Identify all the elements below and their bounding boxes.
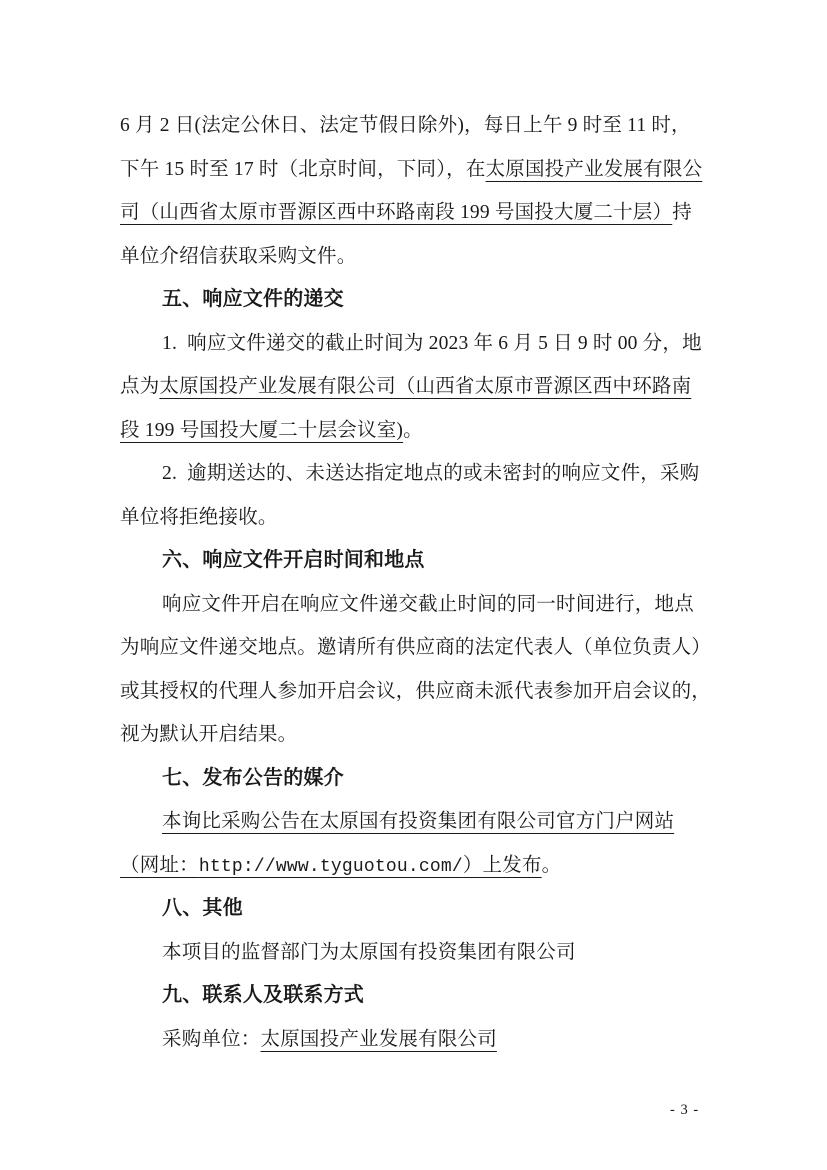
text-run: 为响应文件递交地点。邀请所有供应商的法定代表人（单位负责人） [120,637,711,658]
doc-line: 视为默认开启结果。 [120,713,716,757]
heading-text: 九、联系人及联系方式 [162,984,364,1006]
underlined-company-name: 太原国投产业发展有限公司 [261,1029,497,1050]
text-run: 下午 15 时至 17 时（北京时间，下同），在 [120,159,486,180]
heading-text: 六、响应文件开启时间和地点 [162,549,425,571]
text-run: 视为默认开启结果。 [120,724,297,745]
underlined-company-name: 太原国投产业发展有限公 [486,159,703,180]
text-run: 。 [403,420,423,441]
text-run: 单位将拒绝接收。 [120,507,278,528]
doc-line: 下午 15 时至 17 时（北京时间，下同），在太原国投产业发展有限公 [120,148,716,192]
text-run: 或其授权的代理人参加开启会议，供应商未派代表参加开启会议的， [120,681,711,702]
text-run: 单位介绍信获取采购文件。 [120,246,356,267]
doc-line: 单位介绍信获取采购文件。 [120,235,716,279]
section-heading-7: 七、发布公告的媒介 [120,757,716,801]
doc-line: 点为太原国投产业发展有限公司（山西省太原市晋源区西中环路南 [120,365,716,409]
page-number: - 3 - [670,1100,699,1120]
heading-text: 七、发布公告的媒介 [162,767,344,789]
doc-line: 司（山西省太原市晋源区西中环路南段 199 号国投大厦二十层）持 [120,191,716,235]
doc-line: 2. 逾期送达的、未送达指定地点的或未密封的响应文件，采购 [120,452,716,496]
doc-line: 响应文件开启在响应文件递交截止时间的同一时间进行，地点 [120,583,716,627]
heading-text: 八、其他 [162,897,243,919]
website-url: http://www.tyguotou.com/ [199,857,463,877]
doc-line: 本询比采购公告在太原国有投资集团有限公司官方门户网站 [120,800,716,844]
doc-line: 或其授权的代理人参加开启会议，供应商未派代表参加开启会议的， [120,670,716,714]
text-run: 响应文件开启在响应文件递交截止时间的同一时间进行，地点 [162,594,694,615]
doc-line: 本项目的监督部门为太原国有投资集团有限公司 [120,931,716,975]
text-run: 点为 [120,376,159,397]
underlined-text: （网址： [120,855,199,876]
underlined-address: 司（山西省太原市晋源区西中环路南段 199 号国投大厦二十层） [120,202,672,223]
text-run: 。 [542,855,562,876]
underlined-text: ）上发布 [463,855,542,876]
heading-text: 五、响应文件的递交 [162,288,344,310]
text-run: 2. 逾期送达的、未送达指定地点的或未密封的响应文件，采购 [162,463,699,484]
underlined-announcement-text: 本询比采购公告在太原国有投资集团有限公司官方门户网站 [162,811,674,832]
underlined-address: 太原国投产业发展有限公司（山西省太原市晋源区西中环路南 [159,376,691,397]
underlined-address: 段 199 号国投大厦二十层会议室) [120,420,403,441]
section-heading-8: 八、其他 [120,887,716,931]
section-heading-6: 六、响应文件开启时间和地点 [120,539,716,583]
text-run: 持 [672,202,692,223]
doc-line: 单位将拒绝接收。 [120,496,716,540]
doc-line: 为响应文件递交地点。邀请所有供应商的法定代表人（单位负责人） [120,626,716,670]
doc-line: 6 月 2 日(法定公休日、法定节假日除外)，每日上午 9 时至 11 时， [120,104,716,148]
doc-line: 段 199 号国投大厦二十层会议室)。 [120,409,716,453]
doc-line: 1. 响应文件递交的截止时间为 2023 年 6 月 5 日 9 时 00 分，… [120,322,716,366]
text-run: 6 月 2 日(法定公休日、法定节假日除外)，每日上午 9 时至 11 时， [120,115,691,136]
text-run: 1. 响应文件递交的截止时间为 2023 年 6 月 5 日 9 时 00 分，… [162,333,702,354]
section-heading-5: 五、响应文件的递交 [120,278,716,322]
section-heading-9: 九、联系人及联系方式 [120,974,716,1018]
document-body: 6 月 2 日(法定公休日、法定节假日除外)，每日上午 9 时至 11 时， 下… [120,104,716,1061]
document-page: 6 月 2 日(法定公休日、法定节假日除外)，每日上午 9 时至 11 时， 下… [0,0,827,1170]
doc-line: （网址：http://www.tyguotou.com/）上发布。 [120,844,716,888]
text-run: 采购单位： [162,1029,261,1050]
doc-line: 采购单位：太原国投产业发展有限公司 [120,1018,716,1062]
text-run: 本项目的监督部门为太原国有投资集团有限公司 [162,942,576,963]
